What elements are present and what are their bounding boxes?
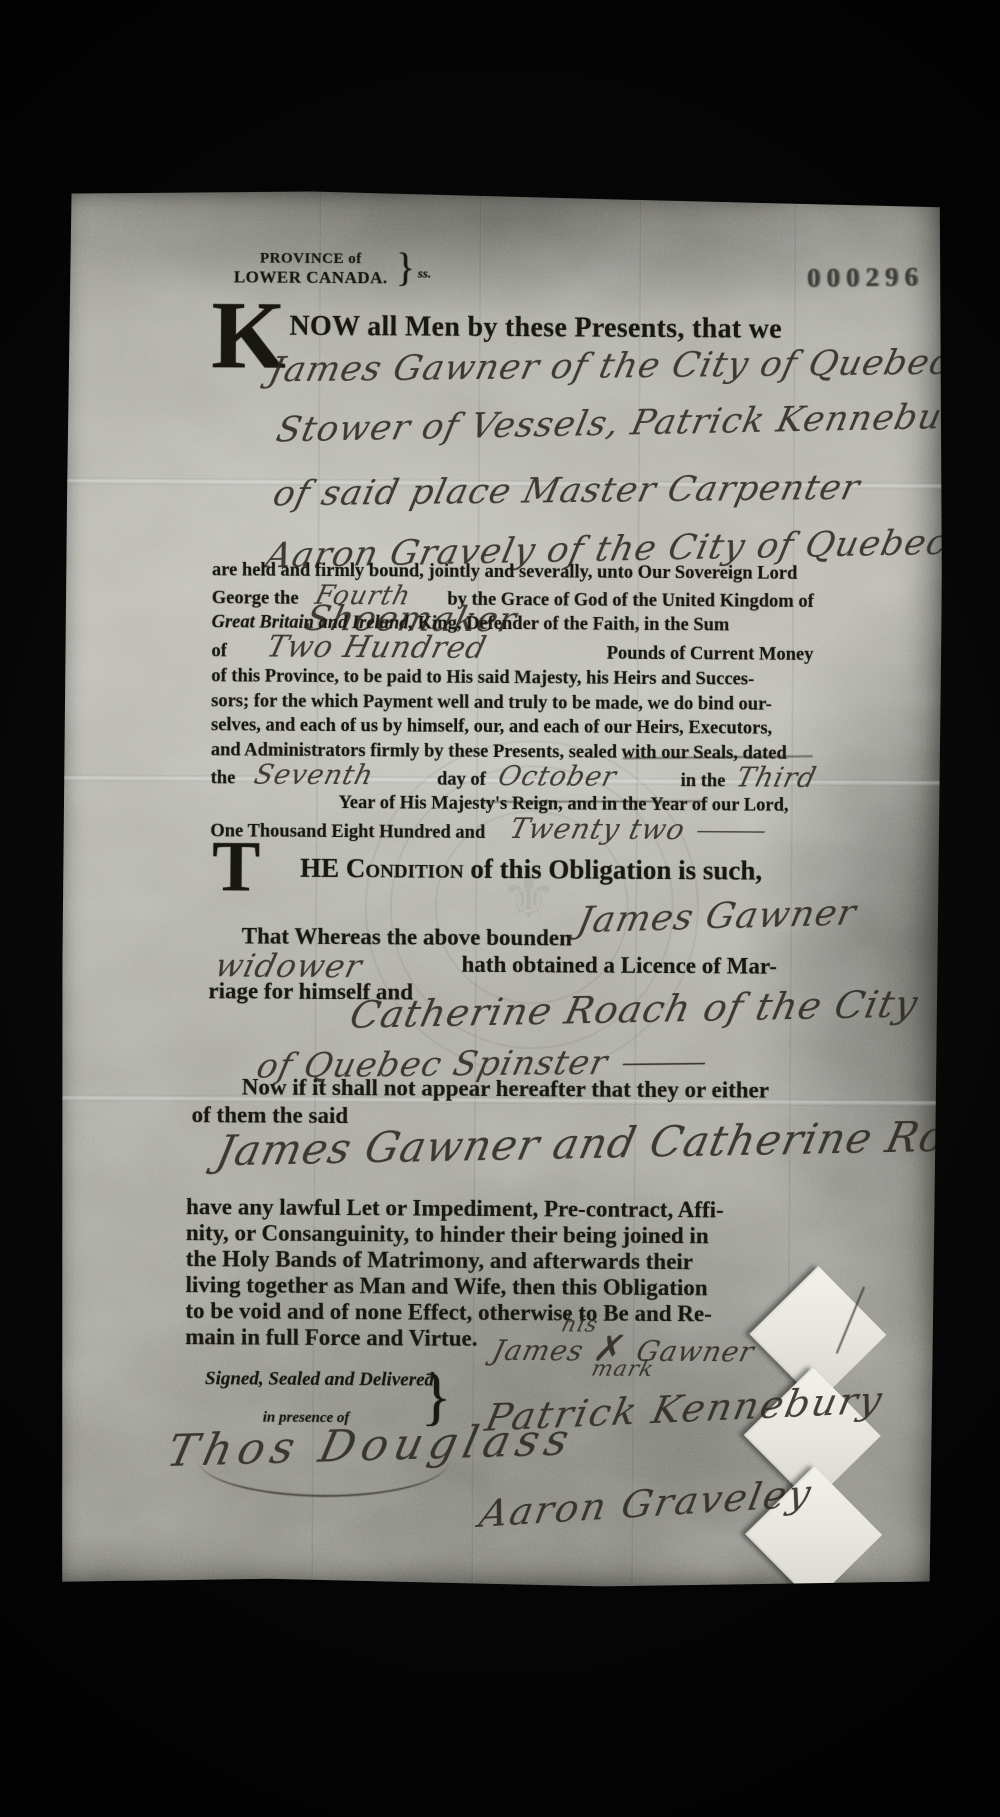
scan-background: ⚜ PROVINCE of LOWER CANADA. } ss. 000296… xyxy=(0,0,1000,1817)
groom-name-hw: James Gawner xyxy=(574,893,860,942)
condition-heading-word: Condition xyxy=(346,853,464,884)
condition-body-2: nity, or Consanguinity, to hinder their … xyxy=(186,1220,802,1250)
bond-line-1: are held and firmly bound, jointly and s… xyxy=(212,558,814,586)
province-line1: PROVINCE of xyxy=(226,250,396,268)
bond-day-hw: Seventh xyxy=(251,763,375,788)
condition-body-1: have any lawful Let or Impediment, Pre-c… xyxy=(186,1194,802,1224)
condition-body-3: the Holy Bands of Matrimony, and afterwa… xyxy=(186,1246,802,1276)
signed-sealed-label: Signed, Sealed and Delivered, xyxy=(205,1368,439,1391)
condition-heading-he: HE xyxy=(300,853,346,883)
bond-line-9c: day of xyxy=(437,767,486,792)
bond-line-7: selves, and each of us by himself, our, … xyxy=(211,713,813,741)
bond-line-9a: the xyxy=(211,766,236,791)
bond-line-6: sors; for the which Payment well and tru… xyxy=(211,689,813,717)
bond-line-9e: in the xyxy=(681,769,726,794)
obligor-line-1: James Gawner of the City of Quebec xyxy=(265,343,955,391)
obligor-line-3: of said place Master Carpenter xyxy=(269,468,864,515)
obligor-line-2: Stower of Vessels, Patrick Kennebury xyxy=(273,397,985,451)
bond-month-hw: October xyxy=(496,765,619,790)
bond-regnal-year-hw: Third xyxy=(733,766,818,791)
gawner-mark-james: James xyxy=(489,1334,587,1368)
witness-flourish xyxy=(198,1460,448,1498)
bond-line-2a: George the xyxy=(212,586,299,611)
bond-line-2c: by the Grace of God of the United Kingdo… xyxy=(447,587,814,614)
embossed-revenue-seal: ⚜ xyxy=(66,189,944,194)
now-line-a: Now if it shall not appear hereafter tha… xyxy=(242,1074,769,1103)
header-brace: } xyxy=(396,243,415,290)
opening-line: NOW all Men by these Presents, that we xyxy=(289,311,782,346)
gawner-mark-word: mark xyxy=(589,1357,657,1382)
bond-paragraph: are held and firmly bound, jointly and s… xyxy=(210,558,814,847)
jurat-ss: ss. xyxy=(418,265,431,281)
bond-year-hw: Twenty two ⸻ xyxy=(507,817,768,843)
bond-line-5: of this Province, to be paid to His said… xyxy=(211,664,813,692)
licence-line-a: hath obtained a Licence of Mar- xyxy=(461,952,777,980)
bond-line-4a: of xyxy=(211,639,227,664)
document-paper: ⚜ PROVINCE of LOWER CANADA. } ss. 000296… xyxy=(58,189,945,1592)
condition-body-4: living together as Man and Wife, then th… xyxy=(186,1272,802,1302)
condition-body-5: to be void and of none Effect, otherwise… xyxy=(185,1298,801,1328)
regnal-name-hw: Fourth xyxy=(313,584,413,609)
bond-sum-hw: Two Hundred xyxy=(265,636,489,662)
serial-number-stamp: 000296 xyxy=(807,262,924,294)
condition-heading-rest: of this Obligation is such, xyxy=(463,854,762,886)
bond-line-4c: Pounds of Current Money xyxy=(607,642,814,668)
condition-dropcap: T xyxy=(212,836,260,897)
